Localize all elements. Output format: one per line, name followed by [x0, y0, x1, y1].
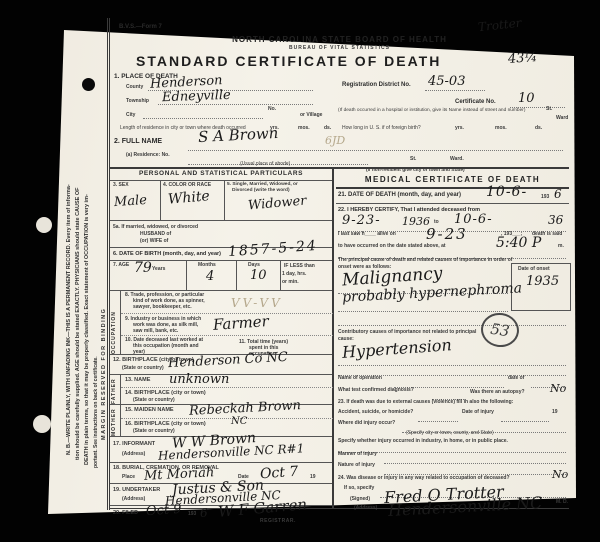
yr193-print: 193: [541, 194, 549, 200]
residence-label: (a) Residence: No.: [126, 152, 170, 158]
trade-value: VV-VV: [231, 296, 283, 310]
last-saw-label: I last saw h____ alive on: [338, 231, 396, 237]
hospital-note: (If death occurred in a hospital or inst…: [338, 108, 525, 113]
principal-cause-label: The principal cause of death and related…: [338, 257, 513, 263]
marital-label: 5. Single, Married, Widowed, or: [227, 182, 298, 187]
sex-label: 3. SEX: [113, 182, 129, 188]
dod-label: 21. DATE OF DEATH (month, day, and year): [338, 192, 461, 198]
st-label: St.: [410, 156, 416, 162]
dob-label: 6. DATE OF BIRTH (month, day, and year): [113, 251, 221, 257]
md-label: M. D.: [556, 499, 568, 505]
yrs-label: yrs.: [455, 125, 464, 131]
board-title: NORTH CAROLINA STATE BOARD OF HEALTH: [110, 35, 569, 44]
autopsy-value: No: [550, 382, 566, 395]
circled-stamp: 53: [479, 311, 521, 350]
if-so-specify-label: If so, specify: [344, 485, 374, 491]
age-label: 7. AGE: [113, 262, 129, 268]
burial-date-value: Oct 7: [259, 464, 298, 483]
dod-year-hw: 6: [554, 187, 562, 201]
bureau-subtitle: BUREAU OF VITAL STATISTICS: [110, 45, 569, 51]
write-line: [338, 359, 566, 366]
state-country-note: (State or country): [133, 428, 175, 434]
divider: [110, 220, 332, 221]
age-days-value: 10: [250, 268, 267, 283]
district-label: Registration District No.: [342, 82, 411, 88]
write-line: [384, 468, 566, 475]
form-number: B.V.S.—Form 7: [119, 24, 162, 30]
margin-note: tion should be carefully supplied. AGE s…: [75, 188, 81, 461]
place-label: Place: [122, 474, 135, 480]
age-years-cell: 7. AGE 79 Years: [110, 260, 187, 290]
punch-hole: [82, 78, 95, 91]
test-label: What test confirmed diagnosis?: [338, 387, 414, 393]
state-country-note: (State or country): [133, 397, 175, 403]
margin-note: N. B.—WRITE PLAINLY, WITH UNFADING INK—T…: [66, 184, 72, 455]
filed-label: 20. FILED: [113, 510, 138, 516]
father-name-label: 13. NAME: [125, 377, 150, 383]
injury-19-label: 19: [552, 409, 558, 415]
write-line: [338, 305, 508, 312]
husband-label: (or) WIFE of: [140, 238, 168, 244]
personal-heading: PERSONAL AND STATISTICAL PARTICULARS: [110, 170, 332, 177]
punch-hole: [33, 415, 51, 433]
margin-note: DEATH in plain terms, so that it may be …: [84, 194, 90, 465]
date-of-onset-label: Date of onset: [518, 266, 550, 272]
ward-label: Ward.: [450, 156, 464, 162]
divider: [121, 313, 333, 314]
race-label: 4. COLOR OR RACE: [163, 182, 211, 188]
mother-birthplace-value: NC: [231, 416, 247, 427]
county-label: County: [126, 84, 143, 90]
trade-label: sawyer, bookkeeper, etc.: [133, 304, 192, 310]
occupation-side-label: OCCUPATION: [111, 290, 117, 354]
operation-label: Name of operation: [338, 375, 382, 381]
medical-column: (If non-resident give city or town and S…: [336, 167, 569, 508]
years-label: Years: [152, 266, 165, 272]
related-occupation-value: No: [552, 468, 568, 481]
ds-label: ds.: [324, 125, 331, 131]
dob-value: 1857-5-24: [228, 238, 319, 260]
handwritten-file-number: 43¼: [508, 50, 538, 67]
address-label: (Address): [354, 505, 377, 511]
last-saw-value: 9-23: [426, 225, 468, 243]
ward-label: Ward: [556, 115, 568, 121]
write-line: [338, 319, 566, 326]
nature-of-injury-label: Nature of injury: [338, 462, 375, 468]
father-birthplace-label: 14. BIRTHPLACE (city or town): [125, 390, 206, 396]
accident-label: Accident, suicide, or homicide?: [338, 409, 413, 415]
foreign-note: How long in U. S. if of foreign birth?: [342, 125, 421, 131]
certificate-form: B.V.S.—Form 7 NORTH CAROLINA STATE BOARD…: [107, 18, 569, 510]
sex-cell: 3. SEX Male: [110, 180, 161, 220]
occupation-block: 8. Trade, profession, or particular kind…: [120, 290, 333, 354]
m-label: m.: [558, 243, 564, 249]
filed-date-value: Oct 9: [146, 502, 183, 519]
undertaker-label: 19. UNDERTAKER: [113, 487, 160, 493]
father-block: 13. NAME unknown 14. BIRTHPLACE (city or…: [120, 374, 333, 404]
write-line: [418, 415, 458, 422]
mother-birthplace-label: 16. BIRTHPLACE (city or town): [125, 421, 206, 427]
where-injury-label: Where did injury occur?: [338, 420, 395, 426]
onset-value: 1935: [526, 274, 559, 289]
write-line: [501, 415, 549, 422]
filed-year-print: 193: [188, 511, 196, 517]
industry-label: saw mill, bank, etc.: [133, 328, 178, 334]
mother-side-label: MOTHER: [111, 404, 117, 436]
township-label: Township: [126, 98, 149, 104]
full-name-value: S A Brown: [198, 124, 279, 146]
write-line: [425, 84, 485, 91]
mos-label: mos.: [298, 125, 310, 131]
full-name-label: 2. FULL NAME: [114, 138, 162, 145]
state-country-note: (State or country): [122, 365, 164, 371]
filed-year-hw: 6: [200, 506, 208, 520]
injury-date-label: Date of injury: [462, 409, 494, 415]
marital-cell: 5. Single, Married, Widowed, or Divorced…: [224, 180, 332, 220]
city-label: City: [126, 112, 135, 118]
if-less-label: or min.: [282, 279, 299, 285]
divider: [336, 187, 569, 189]
write-line: [510, 101, 565, 108]
marital-label: Divorced (write the word): [232, 188, 290, 193]
marital-value: Widower: [247, 193, 307, 213]
external-causes-label: 23. If death was due to external causes …: [338, 399, 513, 405]
race-cell: 4. COLOR OR RACE White: [160, 180, 225, 220]
autopsy-label: Was there an autopsy?: [470, 389, 525, 395]
certificate-no-label: Certificate No.: [455, 99, 496, 105]
divider: [110, 462, 332, 463]
signed-label: (Signed): [350, 496, 370, 502]
husband-label: HUSBAND of: [140, 231, 171, 237]
father-name-value: unknown: [169, 372, 229, 387]
mos-label: mos.: [495, 125, 507, 131]
medical-heading: MEDICAL CERTIFICATE OF DEATH: [336, 175, 569, 184]
address-label: (Address): [122, 451, 145, 457]
yr19-label: 19: [310, 474, 316, 480]
address-label: (Address): [122, 496, 145, 502]
personal-column: PERSONAL AND STATISTICAL PARTICULARS 3. …: [110, 167, 332, 508]
sex-value: Male: [114, 193, 148, 210]
months-label: Months: [198, 262, 216, 268]
st-label: St.: [546, 106, 552, 112]
time-of-death-value: 5:40 P: [496, 235, 541, 251]
related-occupation-label: 24. Was disease or injury in any way rel…: [338, 475, 510, 481]
divider: [336, 203, 569, 204]
divider: [121, 335, 333, 336]
handwritten-note: Trotter: [477, 16, 522, 34]
contributory-label: Contributory causes of importance not re…: [338, 329, 476, 335]
village-label: or Village: [300, 112, 322, 118]
contributory-value: Hypertension: [341, 335, 452, 362]
specify-city-note: (Specify city or town, county, and State…: [406, 430, 494, 436]
informant-label: 17. INFORMANT: [113, 441, 155, 447]
if-less-label: 1 day, hrs.: [282, 271, 306, 277]
specify-where-label: Specify whether injury occurred in indus…: [338, 438, 508, 444]
ds-label: ds.: [535, 125, 542, 131]
no-label: No.: [268, 106, 276, 112]
if-less-label: IF LESS than: [284, 263, 315, 269]
margin-note: portant. See instructions on back of cer…: [93, 356, 99, 468]
industry-value: Farmer: [212, 312, 269, 334]
age-days-cell: Days 10: [236, 260, 281, 290]
write-line: [384, 457, 566, 464]
write-line: [143, 112, 263, 119]
age-years-value: 79: [134, 260, 152, 276]
registrar-label: REGISTRAR.: [260, 518, 296, 524]
certificate-title: STANDARD CERTIFICATE OF DEATH: [136, 53, 441, 69]
race-value: White: [167, 188, 210, 208]
dod-value: 10-6-: [486, 184, 527, 200]
divider: [121, 418, 333, 419]
write-line: [188, 144, 563, 151]
write-line: [158, 98, 313, 105]
manner-of-injury-label: Manner of injury: [338, 451, 377, 457]
divider: [121, 387, 333, 388]
scanned-death-certificate: N. B.—WRITE PLAINLY, WITH UNFADING INK—T…: [0, 0, 600, 542]
father-side-label: FATHER: [111, 374, 117, 404]
occurred-label: to have occurred on the date stated abov…: [338, 243, 446, 249]
age-less-cell: IF LESS than 1 day, hrs. or min.: [280, 260, 332, 290]
age-months-cell: Months 4: [186, 260, 237, 290]
nonresident-note: (If non-resident give city or town and S…: [366, 168, 465, 173]
punch-hole: [36, 217, 52, 233]
husband-label: 5a. If married, widowed, or divorced: [113, 224, 198, 230]
operation-date-label: date of: [508, 375, 524, 381]
mother-name-label: 15. MAIDEN NAME: [125, 407, 174, 413]
age-months-value: 4: [206, 269, 214, 284]
